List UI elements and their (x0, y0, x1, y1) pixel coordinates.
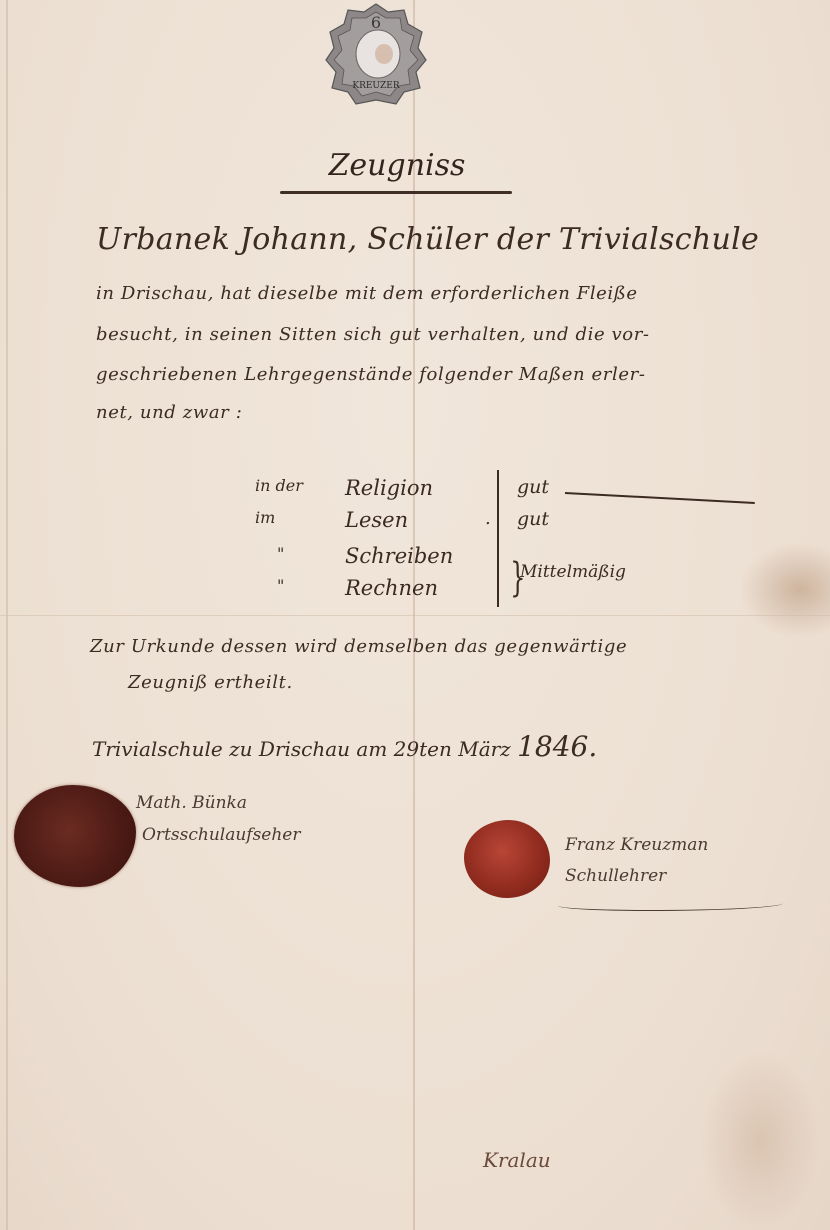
place-date-text: Trivialschule zu Drischau am 29ten März (92, 737, 511, 761)
date-year: 1846. (517, 730, 597, 763)
title-underline (280, 191, 512, 194)
stamp-currency: KREUZER (352, 81, 399, 91)
grades-table: in der Religion gut im Lesen . gut " Sch… (255, 470, 775, 610)
grade-subject: Lesen (345, 508, 408, 532)
signature-2-name: Franz Kreuzman (565, 835, 708, 855)
grade-value: gut (517, 476, 549, 498)
place-date-line: Trivialschule zu Drischau am 29ten März … (92, 730, 597, 763)
grade-prefix: " (277, 544, 337, 563)
wax-seal-icon (14, 785, 136, 887)
signature-2-title: Schullehrer (565, 866, 666, 886)
grade-prefix: " (277, 576, 337, 595)
signature-flourish (558, 898, 783, 911)
grade-value: gut (517, 508, 549, 530)
grade-prefix: im (255, 508, 315, 527)
kreuzer-revenue-stamp-icon: 6 KREUZER (322, 2, 430, 108)
closing-line-2: Zeugniß ertheilt. (128, 672, 293, 693)
signature-1-title: Ortsschulaufseher (142, 825, 301, 845)
grade-subject: Schreiben (345, 544, 453, 568)
body-line-4: geschriebenen Lehrgegenstände folgender … (96, 364, 646, 385)
body-line-5: net, und zwar : (96, 402, 242, 423)
wax-seal-icon (464, 820, 550, 898)
body-line-1: Urbanek Johann, Schüler der Trivialschul… (96, 222, 759, 257)
body-line-2: in Drischau, hat dieselbe mit dem erford… (96, 283, 638, 304)
closing-line-1: Zur Urkunde dessen wird demselben das ge… (90, 636, 627, 657)
stamp-denomination: 6 (371, 13, 381, 32)
body-line-3: besucht, in seinen Sitten sich gut verha… (96, 324, 650, 345)
grades-divider (497, 470, 499, 607)
horizontal-fold-line (0, 615, 830, 616)
grade-subject: Religion (345, 476, 433, 500)
grade-flourish-line (565, 492, 755, 504)
signature-1-name: Math. Bünka (136, 793, 247, 813)
grade-subject: Rechnen (345, 576, 438, 600)
document-title: Zeugniss (282, 148, 512, 183)
grade-value: Mittelmäßig (520, 562, 626, 582)
grade-prefix: in der (255, 476, 315, 495)
grade-dot: . (485, 508, 491, 529)
signature-3: Kralau (483, 1148, 551, 1172)
certificate-page: 6 KREUZER Zeugniss Urbanek Johann, Schül… (0, 0, 830, 1230)
